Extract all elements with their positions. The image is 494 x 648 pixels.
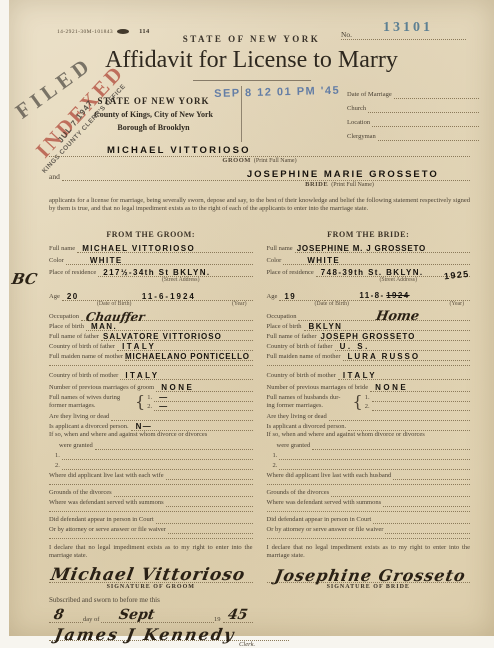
groom-father-value: SALVATORE VITTORIOSO [103, 333, 222, 341]
dotted-line: JOSEPH GROSSETO [319, 331, 471, 341]
former-husbands-lines: 1. 2. [365, 393, 470, 411]
field-label: Country of birth of father [49, 343, 117, 351]
bride-mother-country-value: ITALY [343, 372, 377, 380]
dotted-line [114, 487, 253, 497]
dotted-line [372, 393, 470, 402]
bride-court-row: Did defendant appear in person in Court [267, 514, 471, 524]
former-husbands-label-2: ing former marriages. [267, 402, 324, 409]
field-label: Place of birth [49, 323, 86, 331]
clerk-signature-line: James J Kennedy [49, 623, 289, 641]
field-label: Full maiden name of mother [49, 353, 125, 361]
groom-fullname-row: Full nameMICHAEL VITTORIOSO [49, 241, 253, 253]
dotted-line: 8 [49, 607, 83, 623]
field-label: Place of birth [267, 323, 304, 331]
bride-age-row: Age 19 11-8- 1924 [267, 289, 471, 301]
dotted-line: 20 [62, 289, 108, 301]
church-label: Church [347, 105, 368, 113]
brace-glyph: { [351, 392, 365, 411]
dotted-line [372, 113, 479, 127]
groom-age-row: Age 20 11-6-1924 [49, 289, 253, 301]
bride-former-husbands-block: Full names of husbands dur-ing former ma… [267, 392, 471, 411]
field-label: Where did applicant live last with each … [49, 472, 166, 480]
field-label: Full name [49, 245, 77, 253]
item-label: 2. [365, 403, 372, 411]
bride-item2-row: 2. [267, 460, 471, 470]
dotted-line: NONE [156, 380, 252, 392]
former-husbands-label: Full names of husbands dur-ing former ma… [267, 394, 351, 409]
bride-item1-row: 1. [267, 450, 471, 460]
location-row: Location [347, 113, 479, 127]
groom-signature-line: Michael Vittorioso [49, 562, 253, 583]
field-label: Are they living or dead [267, 413, 329, 421]
bride-caption-bold: BRIDE [305, 181, 328, 188]
item-label: 1. [49, 452, 62, 460]
groom-caption-plain: (Print Full Name) [254, 158, 297, 164]
bride-prev-marriages-row: Number of previous marriages of brideNON… [267, 380, 471, 392]
field-label: Full name of father [49, 333, 101, 341]
dotted-line: ITALY [120, 368, 252, 380]
field-label: Are they living or dead [49, 413, 111, 421]
marriage-date-label: Date of Marriage [347, 91, 394, 99]
dob-caption: (Date of Birth) [315, 301, 349, 308]
groom-age-value: 20 [67, 293, 79, 301]
groom-prev-marriages-row: Number of previous marriages of groomNON… [49, 380, 253, 392]
bride-prev-marriages-value: NONE [375, 384, 408, 392]
bride-signature: Josephine Grosseto [273, 566, 467, 585]
year-caption: (Year) [232, 301, 247, 308]
jurat-day-value: 8 [53, 607, 66, 623]
dotted-line [368, 99, 479, 113]
groom-color-row: ColorWHITE [49, 253, 253, 265]
clerk-signature: James J Kennedy [53, 625, 237, 643]
bride-fullname-row: Full nameJOSEPHINE M. J GROSSETO [267, 241, 471, 253]
dotted-line [62, 460, 253, 470]
bride-mother-country-row: Country of birth of motherITALY [267, 368, 471, 380]
bride-birthplace-value: BKLYN [309, 323, 343, 331]
jurat-block: Subscribed and sworn to before me this 8… [49, 596, 253, 643]
field-label: Or by attorney or serve answer or file w… [49, 526, 168, 534]
dotted-line: MAN. [86, 321, 252, 331]
marriage-details-block: Date of Marriage Church Location Clergym… [347, 85, 479, 141]
dotted-line [385, 524, 470, 534]
dotted-line [279, 460, 470, 470]
dotted-continuation [49, 534, 253, 539]
bride-father-row: Full name of fatherJOSEPH GROSSETO [267, 331, 471, 341]
dotted-line: ITALY [338, 368, 470, 380]
clergyman-row: Clergyman [347, 127, 479, 141]
dotted-line [393, 470, 470, 480]
title-underline [193, 80, 311, 81]
clergyman-label: Clergyman [347, 133, 378, 141]
jurat-month-value: Sept [118, 607, 156, 623]
bride-lived-last-row: Where did applicant live last with each … [267, 470, 471, 480]
field-label: Age [267, 293, 280, 301]
groom-ifso-line1: If so, when and where and against whom d… [49, 431, 253, 440]
jurat-year-value: 45 [226, 607, 248, 623]
field-label: Color [267, 257, 284, 265]
venue-state: STATE OF NEW YORK [61, 96, 246, 106]
field-label: Is applicant a divorced person. [267, 423, 349, 431]
margin-note: BC [10, 270, 38, 288]
dotted-line: JOSEPHINE M. J GROSSETO [295, 241, 470, 253]
dotted-continuation [267, 480, 471, 485]
groom-living-dead-row: Are they living or dead [49, 411, 253, 421]
dotted-line: N— [131, 421, 253, 431]
field-label: Or by attorney or serve answer or file w… [267, 526, 386, 534]
dotted-line [156, 514, 253, 524]
brace-glyph: { [133, 392, 147, 411]
former-husbands-label-1: Full names of husbands dur- [267, 394, 341, 401]
groom-occupation-value: Chauffer [85, 313, 145, 321]
groom-mother-country-value: ITALY [125, 372, 159, 380]
bride-caption-plain: (Print Full Name) [331, 182, 374, 188]
groom-lived-last-row: Where did applicant live last with each … [49, 470, 253, 480]
bride-waiver-row: Or by attorney or serve answer or file w… [267, 524, 471, 534]
bride-residence-value: 748-39th St. BKLYN. [321, 269, 424, 277]
former-husband-1-row: 1. [365, 393, 470, 402]
groom-father-row: Full name of fatherSALVATORE VITTORIOSO [49, 331, 253, 341]
dotted-continuation [267, 507, 471, 512]
field-label: Full name [267, 245, 295, 253]
groom-occupation-row: OccupationChauffer [49, 308, 253, 321]
bride-fullname-value: JOSEPHINE M. J GROSSETO [297, 245, 426, 253]
field-label: Country of birth of mother [267, 372, 338, 380]
former-wives-label: Full names of wives duringformer marriag… [49, 394, 133, 409]
former-wife-1-row: 1.— [147, 393, 252, 402]
bride-birthplace-row: Place of birthBKLYN [267, 321, 471, 331]
groom-heading: FROM THE GROOM: [49, 230, 253, 241]
field-label: Where was defendant served with summons [49, 499, 166, 507]
groom-name-handwritten: MICHAEL VITTORIOSO [107, 145, 251, 156]
bride-mother-value: LURA RUSSO [348, 353, 421, 361]
groom-father-country-row: Country of birth of fatherITALY [49, 341, 253, 351]
item-label: 2. [147, 403, 154, 411]
venue-county: County of Kings, City of New York [61, 110, 246, 119]
bride-color-row: ColorWHITE [267, 253, 471, 265]
groom-dob-value: 11-6-1924 [142, 293, 196, 301]
bride-father-country-row: Country of birth of fatherU. S. [267, 341, 471, 351]
state-heading: STATE OF NEW YORK [9, 34, 494, 44]
groom-residence-value: 217½-34th St BKLYN. [103, 269, 210, 277]
field-label: Color [49, 257, 66, 265]
dotted-continuation [49, 507, 253, 512]
street-caption-text: (Street Address) [379, 277, 417, 283]
field-label: Number of previous marriages of groom [49, 384, 156, 392]
groom-grounds-row: Grounds of the divorces [49, 487, 253, 497]
dotted-line: JOSEPHINE MARIE GROSSETO [62, 167, 470, 181]
field-label: Place of residence [267, 269, 316, 277]
dotted-line [383, 497, 470, 507]
dotted-line [312, 440, 470, 450]
field-label: Country of birth of mother [49, 372, 120, 380]
document-page: 14-2921-30M-101843114 No. 13101 STATE OF… [9, 0, 494, 636]
former-wives-label-1: Full names of wives during [49, 394, 120, 401]
year-prefix: 19 [214, 616, 223, 623]
groom-divorced-value: N— [136, 423, 153, 431]
year-caption: (Year) [449, 301, 464, 308]
oath-paragraph: applicants for a license for marriage, b… [49, 197, 470, 213]
former-wife-1-value: — [159, 394, 168, 402]
section-divider [49, 361, 253, 366]
and-label: and [49, 172, 62, 181]
groom-summons-row: Where was defendant served with summons [49, 497, 253, 507]
former-husband-2-row: 2. [365, 402, 470, 411]
form-columns: FROM THE GROOM: Full nameMICHAEL VITTORI… [49, 230, 470, 643]
bride-column: FROM THE BRIDE: Full nameJOSEPHINE M. J … [267, 230, 471, 643]
bride-ifso-line1: If so, when and where and against whom d… [267, 431, 471, 440]
bride-declaration: I declare that no legal impediment exist… [267, 544, 471, 560]
bride-age-value: 19 [284, 293, 296, 301]
location-label: Location [347, 119, 372, 127]
marriage-date-row: Date of Marriage [347, 85, 479, 99]
groom-prev-marriages-value: NONE [161, 384, 194, 392]
dotted-line: Home [298, 308, 470, 321]
groom-residence-row: Place of residence217½-34th St BKLYN. [49, 265, 253, 277]
bride-color-value: WHITE [307, 257, 340, 265]
church-row: Church [347, 99, 479, 113]
field-label: Age [49, 293, 62, 301]
dotted-line [372, 402, 470, 411]
groom-item2-row: 2. [49, 460, 253, 470]
bride-name-caption: BRIDE (Print Full Name) [49, 181, 470, 190]
street-address-caption: (Street Address)1925 [267, 277, 471, 284]
groom-fullname-value: MICHAEL VITTORIOSO [82, 245, 195, 253]
bride-grounds-row: Grounds of the divorces [267, 487, 471, 497]
bride-age-captions: (Date of Birth) (Year) [267, 301, 471, 308]
groom-father-country-value: ITALY [122, 343, 156, 351]
field-label: Is applicant a divorced person. [49, 423, 131, 431]
bride-dob-value: 11-8- 1924 [359, 292, 409, 301]
dotted-line: U. S. [335, 341, 470, 351]
jurat-date-line: 8 day of Sept 19 45 [49, 607, 253, 623]
field-label: Occupation [267, 313, 299, 321]
groom-divorced-row: Is applicant a divorced person.N— [49, 421, 253, 431]
day-of-label: day of [83, 616, 101, 623]
groom-mother-row: Full maiden name of motherMICHAELANO PON… [49, 351, 253, 361]
dob-caption: (Date of Birth) [97, 301, 131, 308]
dotted-line: 19 [279, 289, 325, 301]
groom-name-line: MICHAEL VITTORIOSO [49, 143, 470, 157]
groom-birthplace-value: MAN. [91, 323, 117, 331]
dotted-line [62, 450, 253, 460]
field-label: Occupation [49, 313, 81, 321]
dotted-line [95, 440, 253, 450]
venue-borough: Borough of Brooklyn [61, 123, 246, 132]
dotted-line [329, 411, 470, 421]
bride-divorced-row: Is applicant a divorced person. [267, 421, 471, 431]
bride-occupation-value: Home [375, 313, 419, 321]
bride-year-note: 1925 [444, 271, 470, 281]
field-label: Full maiden name of mother [267, 353, 343, 361]
dotted-line [168, 524, 253, 534]
dotted-line: SALVATORE VITTORIOSO [101, 331, 253, 341]
section-divider [267, 361, 471, 366]
groom-former-wives-block: Full names of wives duringformer marriag… [49, 392, 253, 411]
dotted-line [378, 127, 479, 141]
groom-mother-country-row: Country of birth of motherITALY [49, 368, 253, 380]
dotted-line [394, 85, 479, 99]
groom-color-value: WHITE [90, 257, 123, 265]
groom-column: FROM THE GROOM: Full nameMICHAEL VITTORI… [49, 230, 253, 643]
groom-court-row: Did defendant appear in person in Court [49, 514, 253, 524]
dotted-line [331, 487, 470, 497]
sworn-text: Subscribed and sworn to before me this [49, 596, 253, 607]
field-label: Grounds of the divorces [49, 489, 114, 497]
field-label: Where did applicant live last with each … [267, 472, 394, 480]
dotted-line [348, 421, 470, 431]
groom-age-captions: (Date of Birth) (Year) [49, 301, 253, 308]
bride-dob-struck-year: 1924 [386, 291, 409, 300]
dotted-line [111, 411, 252, 421]
bride-occupation-row: OccupationHome [267, 308, 471, 321]
venue-block: STATE OF NEW YORK County of Kings, City … [61, 96, 246, 132]
dotted-continuation [267, 534, 471, 539]
field-label: were granted [49, 442, 95, 450]
dotted-line: 45 [223, 607, 253, 623]
dotted-line: — [154, 402, 252, 411]
former-wife-2-value: — [159, 403, 168, 411]
groom-declaration: I declare that no legal impediment exist… [49, 544, 253, 560]
groom-waiver-row: Or by attorney or serve answer or file w… [49, 524, 253, 534]
groom-caption-bold: GROOM [222, 157, 251, 164]
field-label: were granted [267, 442, 313, 450]
dotted-line: MICHAEL VITTORIOSO [77, 241, 252, 253]
item-label: 1. [267, 452, 280, 460]
groom-name-caption: GROOM (Print Full Name) [49, 157, 470, 166]
bride-living-dead-row: Are they living or dead [267, 411, 471, 421]
field-label: Where was defendant served with summons [267, 499, 384, 507]
dotted-line: 217½-34th St BKLYN. [98, 265, 252, 277]
bride-name-line: and JOSEPHINE MARIE GROSSETO [49, 166, 470, 181]
street-address-caption: (Street Address) [49, 277, 253, 284]
dotted-line [279, 450, 470, 460]
groom-mother-value: MICHAELANO PONTICELLO [125, 353, 250, 361]
groom-signature: Michael Vittorioso [49, 565, 247, 585]
bride-father-country-value: U. S. [340, 343, 370, 351]
dotted-line: 11-8- 1924 [325, 289, 470, 301]
dotted-line: WHITE [66, 253, 253, 265]
bride-signature-line: Josephine Grosseto [267, 562, 471, 583]
bride-granted-row: were granted [267, 440, 471, 450]
dotted-line: LURA RUSSO [343, 351, 470, 361]
dotted-line [166, 497, 253, 507]
item-label: 2. [267, 462, 280, 470]
item-label: 1. [147, 394, 154, 402]
bride-mother-row: Full maiden name of motherLURA RUSSO [267, 351, 471, 361]
item-label: 2. [49, 462, 62, 470]
dotted-line: WHITE [283, 253, 470, 265]
dotted-line: ITALY [117, 341, 252, 351]
field-label: Did defendant appear in person in Court [49, 516, 156, 524]
former-wives-lines: 1.— 2.— [147, 393, 252, 411]
dotted-line [373, 514, 470, 524]
field-label: Did defendant appear in person in Court [267, 516, 374, 524]
bride-heading: FROM THE BRIDE: [267, 230, 471, 241]
dotted-line: MICHAELANO PONTICELLO [125, 351, 252, 361]
bride-residence-row: Place of residence748-39th St. BKLYN. [267, 265, 471, 277]
field-label: Full name of father [267, 333, 319, 341]
vertical-divider [241, 86, 242, 142]
field-label: Place of residence [49, 269, 98, 277]
dotted-line: Sept [101, 607, 214, 623]
item-label: 1. [365, 394, 372, 402]
bride-summons-row: Where was defendant served with summons [267, 497, 471, 507]
bride-father-value: JOSEPH GROSSETO [321, 333, 416, 341]
dotted-continuation [49, 480, 253, 485]
field-label: Grounds of the divorces [267, 489, 332, 497]
field-label: Country of birth of father [267, 343, 335, 351]
field-label: Number of previous marriages of bride [267, 384, 371, 392]
dotted-line: — [154, 393, 252, 402]
dotted-line [166, 470, 253, 480]
bride-dob-text: 11-8- [359, 291, 384, 300]
groom-granted-row: were granted [49, 440, 253, 450]
former-wife-2-row: 2.— [147, 402, 252, 411]
dotted-line: Chauffer [81, 308, 253, 321]
bride-name-handwritten: JOSEPHINE MARIE GROSSETO [247, 169, 439, 180]
groom-birthplace-row: Place of birthMAN. [49, 321, 253, 331]
dotted-line: 11-6-1924 [108, 289, 253, 301]
parties-section: MICHAEL VITTORIOSO GROOM (Print Full Nam… [49, 143, 470, 190]
former-wives-label-2: former marriages. [49, 402, 96, 409]
dotted-line: NONE [370, 380, 470, 392]
groom-item1-row: 1. [49, 450, 253, 460]
